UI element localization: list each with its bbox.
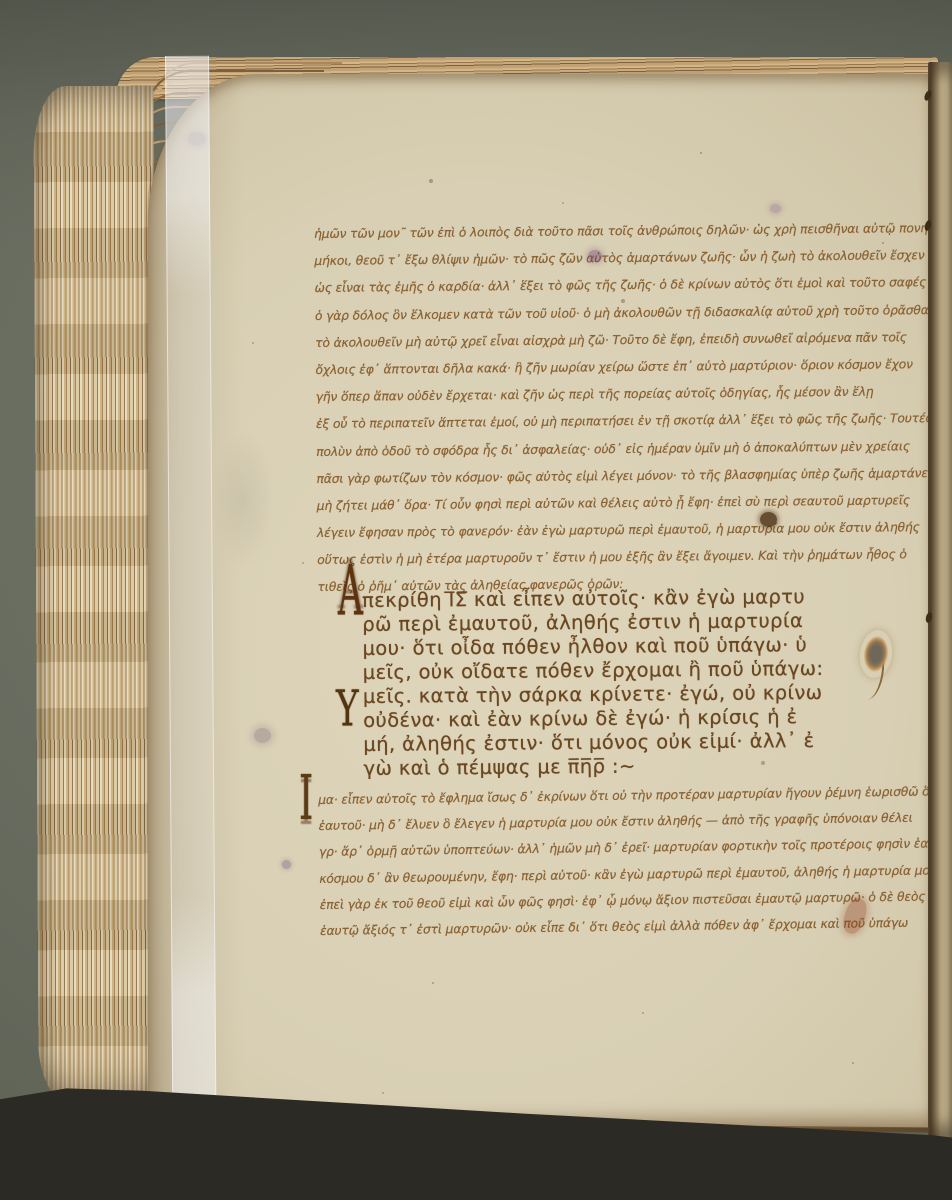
- manuscript-line: λέγειν ἔφησαν πρὸς τὸ φανερόν· ἐὰν ἐγὼ μ…: [317, 514, 897, 547]
- ink-bleedthrough-smudge: [198, 400, 288, 600]
- purple-ink-stain: [254, 728, 271, 743]
- fore-edge-leaf-stack: [33, 86, 158, 1107]
- manuscript-line: ὡς εἶναι τὰς ἐμῆς ὁ καρδία· ἀλλ᾽ ἕξει τὸ…: [315, 270, 895, 303]
- sewing-nick: [925, 611, 933, 623]
- purple-ink-stain: [588, 250, 602, 262]
- parchment-speckles: [0, 0, 2, 2]
- parchment-page: [148, 74, 936, 1128]
- manuscript-line: μεῖς, οὐκ οἴδατε πόθεν ἔρχομαι ἢ ποῦ ὑπά…: [363, 657, 863, 685]
- margin-flourish-mark: [857, 637, 887, 701]
- red-ink-smudge: [840, 896, 870, 936]
- manuscript-line: κόσμου δ᾽ ἂν θεωρουμένην, ἔφη· περὶ αὐτο…: [319, 857, 899, 891]
- manuscript-line: ρῶ περὶ ἐμαυτοῦ, ἀληθής ἐστιν ἡ μαρτυρία: [362, 609, 862, 637]
- manuscript-line: ἡμῶν τῶν μον῀ τῶν ἐπὶ ὁ λοιπὸς διὰ τοῦτο…: [314, 215, 894, 248]
- manuscript-line: μή, ἀληθής ἐστιν· ὅτι μόνος οὐκ εἰμί· ἀλ…: [363, 729, 863, 757]
- manuscript-line: ἐξ οὗ τὸ περιπατεῖν ἅπτεται ἐμοί, οὐ μὴ …: [316, 406, 896, 439]
- gospel-lemma-block: πεκρίθη Ι̅Σ̅ καὶ εἶπεν αὐτοῖς· κἂν ἐγὼ μ…: [362, 585, 864, 781]
- manuscript-line: ὁ γὰρ δόλος ὃν ἕλκομεν κατὰ τῶν τοῦ υἱοῦ…: [315, 297, 895, 330]
- purple-ink-stain: [770, 204, 781, 213]
- manuscript-line: ἐπεὶ γὰρ ἐκ τοῦ θεοῦ εἰμὶ καὶ ὧν φῶς φησ…: [319, 884, 899, 918]
- sewing-nick: [923, 219, 932, 231]
- manuscript-line: μὴ ζήτει μάθ᾽ ὅρα· Τί οὖν φησὶ περὶ αὐτῶ…: [317, 487, 897, 520]
- manuscript-line: μα· εἶπεν αὐτοῖς τὸ ἔφλημα ἴσως δ᾽ ἐκρίν…: [318, 779, 898, 813]
- marginal-initial-alpha: Α: [338, 556, 363, 625]
- manuscript-line: τὸ ἀκολουθεῖν μὴ αὐτῷ χρεῖ εἶναι αἰσχρὰ …: [315, 324, 895, 357]
- purple-ink-stain: [282, 860, 291, 869]
- manuscript-line: πᾶσι γὰρ φωτίζων τὸν κόσμον· φῶς αὐτὸς ε…: [316, 460, 896, 493]
- upper-commentary-block: ἡμῶν τῶν μον῀ τῶν ἐπὶ ὁ λοιπὸς διὰ τοῦτο…: [314, 215, 898, 601]
- lower-commentary-block: μα· εἶπεν αὐτοῖς τὸ ἔφλημα ἴσως δ᾽ ἐκρίν…: [318, 779, 900, 944]
- manuscript-line: ἑαυτῷ ἄξιός τ᾽ ἐστὶ μαρτυρῶν· οὐκ εἶπε δ…: [320, 910, 900, 944]
- page-bottom-edge: [160, 1121, 930, 1133]
- marginal-initial-lower: Ι: [299, 768, 313, 830]
- manuscript-line: γὼ καὶ ὁ πέμψας με π̅η̅ρ̅ :~: [363, 753, 863, 781]
- manuscript-photo: ἡμῶν τῶν μον῀ τῶν ἐπὶ ὁ λοιπὸς διὰ τοῦτο…: [0, 0, 952, 1200]
- manuscript-line: γῆν ὅπερ ἅπαν οὐδὲν ἔρχεται· καὶ ζῆν ὡς …: [316, 379, 896, 412]
- binding-gutter: [928, 62, 952, 1142]
- sewing-nick: [923, 89, 933, 101]
- sewing-nick: [922, 1143, 933, 1156]
- manuscript-line: οὕτως ἐστὶν ἡ μὴ ἑτέρα μαρτυροῦν τ᾽ ἔστι…: [317, 542, 897, 575]
- manuscript-line: πεκρίθη Ι̅Σ̅ καὶ εἶπεν αὐτοῖς· κἂν ἐγὼ μ…: [362, 585, 862, 613]
- wax-ring-stain: [857, 628, 895, 680]
- page-curve-shading: [148, 74, 244, 1128]
- brown-ink-blot: [760, 512, 777, 527]
- manuscript-line: ἑαυτοῦ· μὴ δ᾽ ἔλυεν ὃ ἔλεγεν ἡ μαρτυρία …: [318, 805, 898, 839]
- marginal-initial-upsilon: Υ: [336, 684, 359, 733]
- manuscript-line: ὄχλοις ἐφ᾽ ἅπτονται δῆλα κακά· ἢ ζῆν μωρ…: [315, 351, 895, 384]
- manuscript-line: μήκοι, θεοῦ τ᾽ ἔξω θλίψιν ἡμῶν· τὸ πῶς ζ…: [314, 243, 894, 276]
- manuscript-line: μεῖς. κατὰ τὴν σάρκα κρίνετε· ἐγώ, οὐ κρ…: [363, 681, 863, 709]
- manuscript-line: πολὺν ἀπὸ ὁδοῦ τὸ σφόδρα ἧς δι᾽ ἀσφαλεία…: [316, 433, 896, 466]
- manuscript-line: τιθεὶς ὁ ῥῆμ᾽ αὐτῶν τὰς ἀληθείας φανερῶς…: [317, 569, 897, 602]
- manuscript-line: γρ· ἄρ᾽ ὁρμῇ αὐτῶν ὑποπτεύων· ἀλλ᾽ ἡμῶν …: [319, 831, 899, 865]
- manuscript-line: οὐδένα· καὶ ἐὰν κρίνω δὲ ἐγώ· ἡ κρίσις ἡ…: [363, 705, 863, 733]
- manuscript-line: μου· ὅτι οἶδα πόθεν ἦλθον καὶ ποῦ ὑπάγω·…: [362, 633, 862, 661]
